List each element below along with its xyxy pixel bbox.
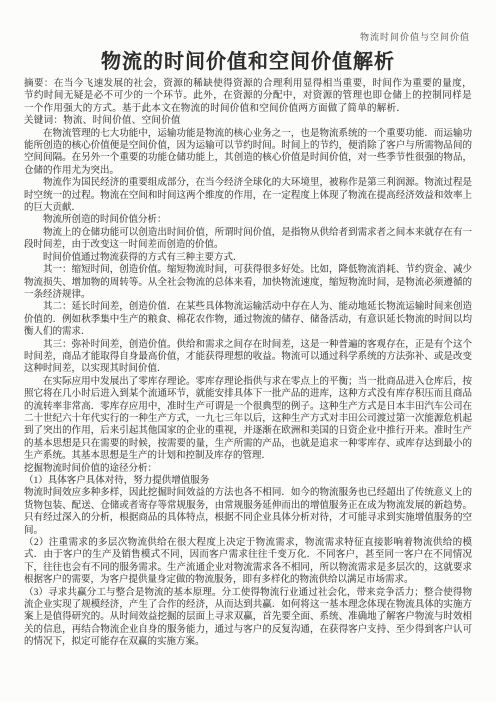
section-heading-mining-approaches: 挖掘物流时间价值的途径分析： bbox=[24, 463, 472, 475]
paragraph-way-three-bridge-gap: 其三：弥补时间差，创造价值。供给和需求之间存在时间差，这是一种普遍的客观存在，正… bbox=[24, 339, 472, 376]
paragraph-three-ways-lead: 时间价值通过物流获得的方式有三种主要方式． bbox=[24, 252, 472, 264]
item-heading-1-value-added-service: （1）具体客户具体对待，努力提供增值服务 bbox=[24, 475, 472, 487]
paragraph-national-economy: 物流作为国民经济的重要组成部分，在当今经济全球化的大环境里，被称作是第三利润源。… bbox=[24, 177, 472, 214]
abstract-paragraph: 摘要：在当今飞速发展的社会，资源的稀缺使得资源的合理利用显得相当重要，时间作为重… bbox=[24, 78, 472, 115]
paragraph-way-two-extend-time: 其二：延长时间差，创造价值．在某些具体物流运输活动中存在人为、能动地延长物流运输… bbox=[24, 301, 472, 338]
paragraph-zero-inventory: 在实际应用中发展出了零库存理论。零库存理论指供与求在零点上的平衡；当一批商品进入… bbox=[24, 376, 472, 463]
page-title: 物流的时间价值和空间价值解析 bbox=[24, 45, 472, 74]
document-body: 摘要：在当今飞速发展的社会，资源的稀缺使得资源的合理利用显得相当重要，时间作为重… bbox=[24, 78, 472, 649]
running-header: 物流时间价值与空间价值 bbox=[24, 30, 470, 43]
section-heading-time-value-analysis: 物流所创造的时间价值分析： bbox=[24, 214, 472, 226]
paragraph-item-3-win-win: （3）寻求共赢分工与整合是物流的基本原理。分工使得物流行业通过社会化，带来竞争活… bbox=[24, 587, 472, 649]
paragraph-time-value-definition: 物流上的仓储功能可以创造出时间价值，所谓时间价值，是指物从供给者到需求者之间本来… bbox=[24, 227, 472, 252]
paragraph-value-added-service: 物流时间效应多种多样，因此挖掘时间效益的方法也各不相同．如今的物流服务也已经超出… bbox=[24, 487, 472, 537]
keywords-line: 关键词：物流、时间价值、空间价值 bbox=[24, 115, 472, 127]
paragraph-item-2-multilevel-demand: （2）注重需求的多层次物流供给在很大程度上决定于物流需求，物流需求特征直接影响着… bbox=[24, 537, 472, 587]
document-page: 物流时间价值与空间价值 物流的时间价值和空间价值解析 摘要：在当今飞速发展的社会… bbox=[0, 0, 496, 702]
paragraph-intro-functions: 在物流管理的七大功能中，运输功能是物流的核心业务之一，也是物流系统的一个重要功能… bbox=[24, 128, 472, 178]
paragraph-way-one-shorten-time: 其一：缩短时间，创造价值。缩短物流时间，可获得很多好处。比如，降低物流消耗、节约… bbox=[24, 264, 472, 301]
